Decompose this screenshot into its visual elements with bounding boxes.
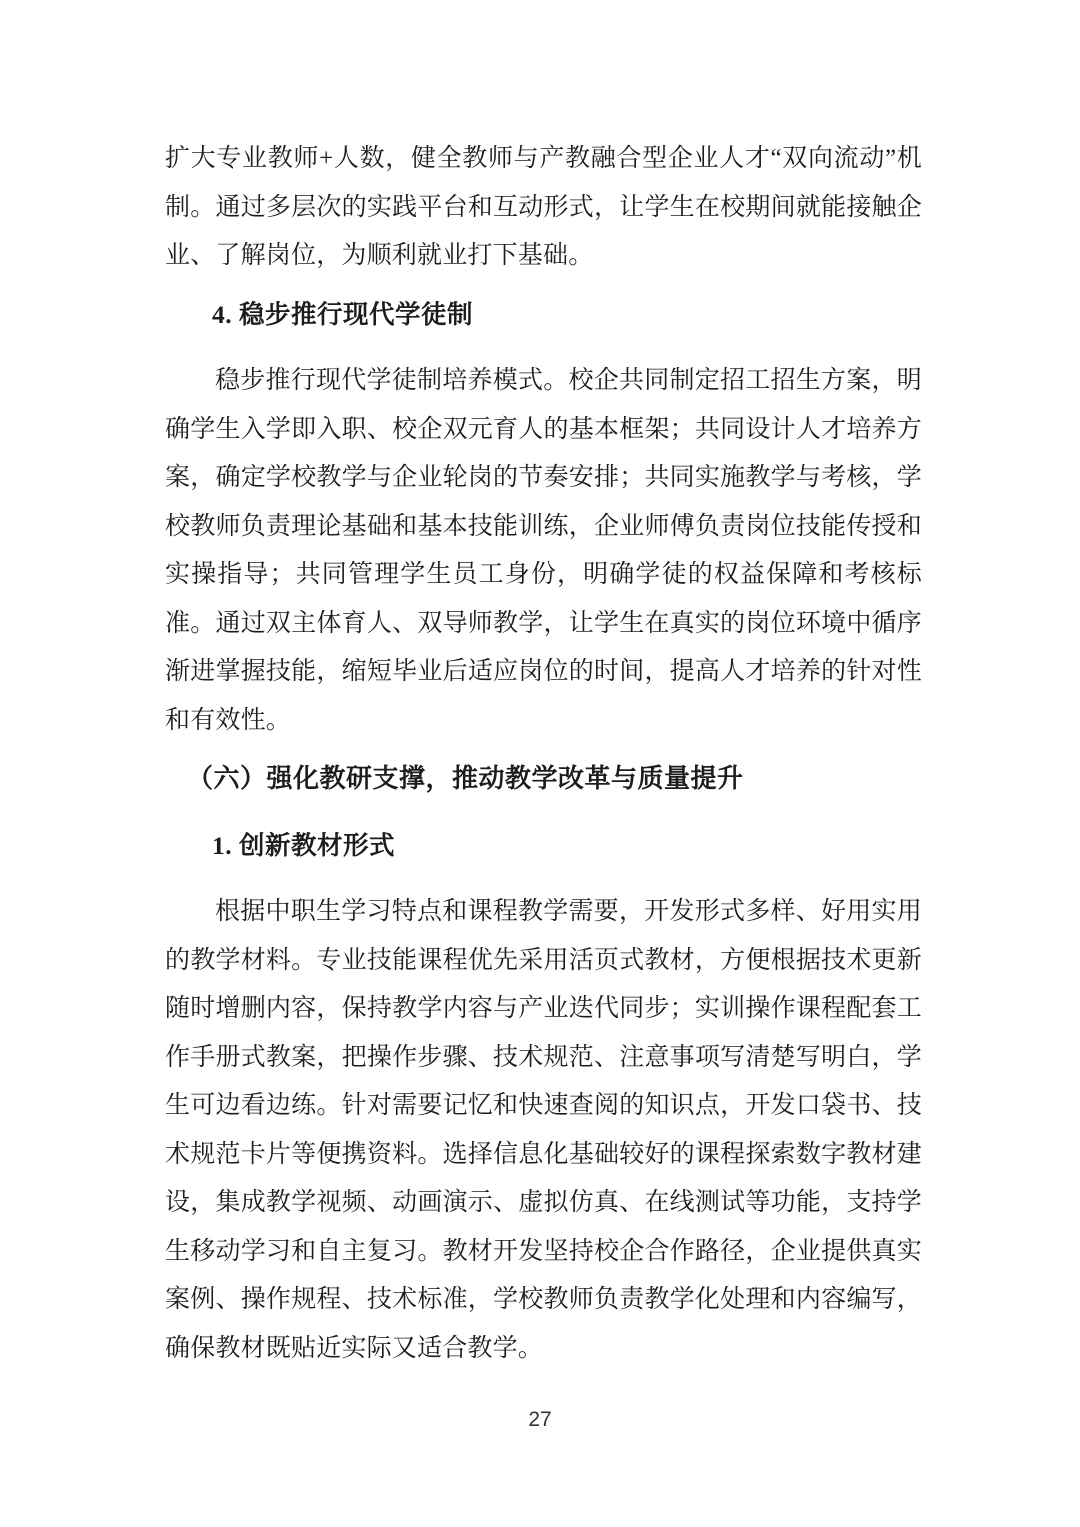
page-footer: 27 (0, 1408, 1080, 1432)
heading-textbook-innovation: 1. 创新教材形式 (212, 822, 922, 871)
document-page: 扩大专业教师+人数，健全教师与产教融合型企业人才“双向流动”机制。通过多层次的实… (0, 0, 1080, 1527)
document-content: 扩大专业教师+人数，健全教师与产教融合型企业人才“双向流动”机制。通过多层次的实… (165, 0, 922, 1373)
page-number: 27 (528, 1408, 551, 1431)
paragraph-textbook: 根据中职生学习特点和课程教学需要，开发形式多样、好用实用的教学材料。专业技能课程… (165, 888, 922, 1373)
paragraph-apprenticeship: 稳步推行现代学徒制培养模式。校企共同制定招工招生方案，明确学生入学即入职、校企双… (165, 357, 922, 745)
heading-section-six: （六）强化教研支撑，推动教学改革与质量提升 (187, 755, 922, 804)
heading-modern-apprenticeship: 4. 稳步推行现代学徒制 (212, 291, 922, 340)
paragraph-continuation: 扩大专业教师+人数，健全教师与产教融合型企业人才“双向流动”机制。通过多层次的实… (165, 135, 922, 281)
